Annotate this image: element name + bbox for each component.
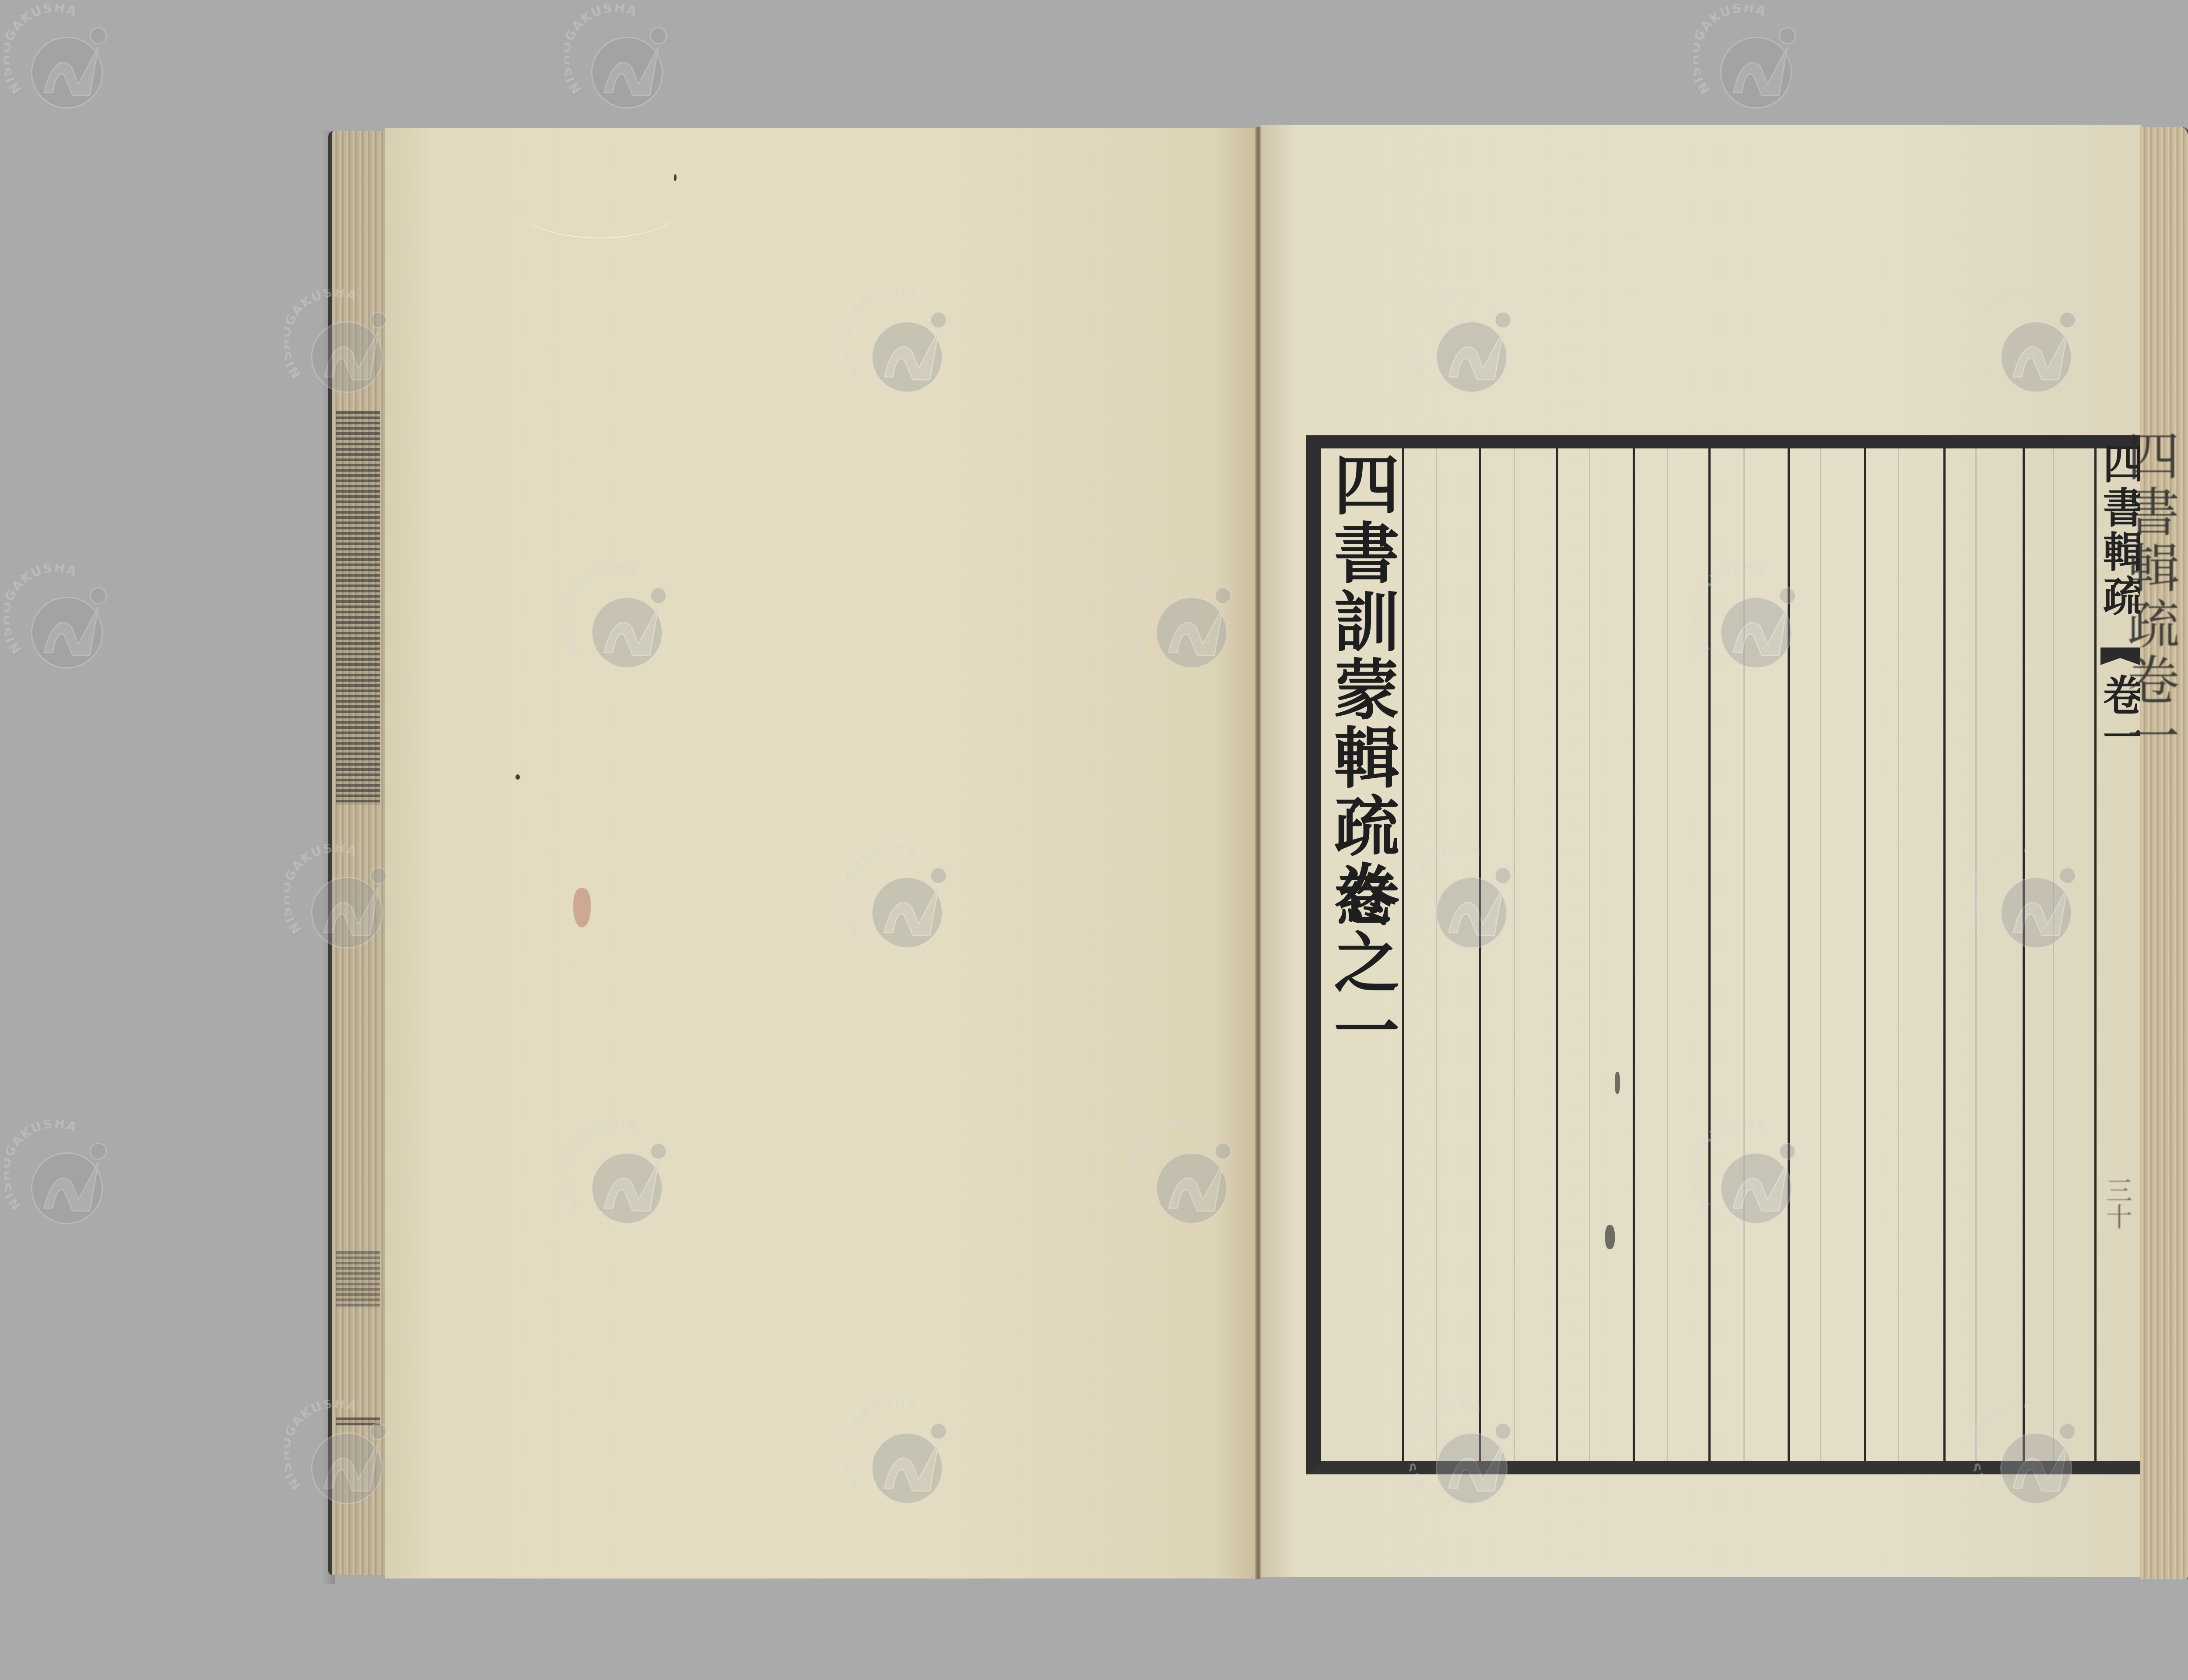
left-page — [385, 127, 1258, 1578]
ghost-rule — [1667, 448, 1668, 1461]
column-rule — [2023, 448, 2025, 1461]
right-fore-edge: 四書輯疏卷一 三十 — [2140, 127, 2188, 1579]
fore-edge-label: 四書輯疏卷一 — [2087, 429, 2175, 765]
paper-speck — [515, 774, 520, 780]
ghost-rule — [1898, 448, 1899, 1461]
column-rule — [1402, 448, 1404, 1461]
ghost-rule — [1589, 448, 1590, 1461]
open-book: 四書訓蒙輯疏卷之一 終 四書輯疏 卷一 四書輯疏卷一 三十 — [0, 0, 2188, 1680]
column-rule — [1788, 448, 1790, 1461]
ink-mark — [1605, 1225, 1615, 1249]
paper-speck — [674, 174, 677, 181]
fore-edge-ink-rule — [336, 1417, 380, 1425]
ghost-rule — [1514, 448, 1515, 1461]
ghost-rule — [2053, 448, 2054, 1461]
ghost-rule — [1743, 448, 1745, 1461]
column-rule — [1708, 448, 1711, 1461]
ink-mark — [1615, 1072, 1620, 1094]
fore-edge-page: 三十 — [2098, 1177, 2136, 1229]
fore-edge-ink-bottom — [336, 1251, 380, 1308]
volume-title: 四書訓蒙輯疏卷之一 — [1322, 451, 1400, 1065]
end-mark: 終 — [1322, 871, 1400, 927]
column-rule — [1633, 448, 1635, 1461]
column-rule — [1943, 448, 1946, 1461]
fore-edge-ink-top — [336, 411, 380, 805]
left-fore-edge — [328, 131, 389, 1575]
column-rule — [1479, 448, 1481, 1461]
ghost-rule — [1975, 448, 1977, 1461]
column-rule — [1864, 448, 1866, 1461]
print-frame — [1306, 435, 2140, 1474]
paper-stain — [573, 888, 591, 927]
paper-crease — [516, 172, 683, 238]
column-rule — [1556, 448, 1558, 1461]
ghost-rule — [1436, 448, 1437, 1461]
ghost-rule — [1820, 448, 1821, 1461]
book-gutter — [1255, 127, 1261, 1579]
